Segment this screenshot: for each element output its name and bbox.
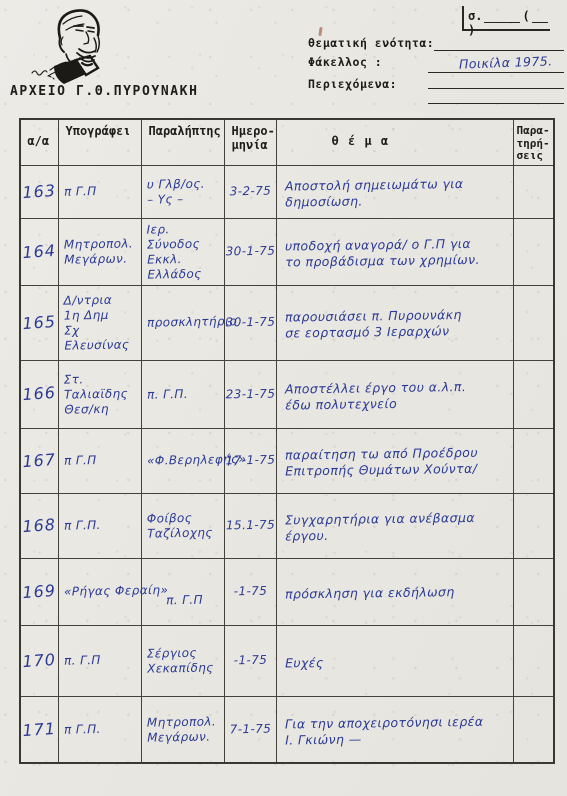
page-number-blank xyxy=(484,11,520,23)
field-contents-extra xyxy=(308,90,558,105)
table-row: 164 Μητροπολ. Μεγάρων. Ιερ. Σύνοδος Εκκλ… xyxy=(20,218,554,285)
cell-notes xyxy=(513,625,554,696)
cell-notes xyxy=(513,285,554,360)
cell-aa: 166 xyxy=(20,360,58,428)
cell-recipient: προσκλητήριο xyxy=(141,285,224,360)
cell-recipient: Φοίβος Ταζίλοχης xyxy=(141,493,224,558)
cell-signer: π Γ.Π. xyxy=(58,493,141,558)
contents-blank-2 xyxy=(428,103,564,104)
cell-subject: Για την αποχειροτόνησι ιερέα Ι. Γκιώνη — xyxy=(276,696,513,763)
cell-aa: 165 xyxy=(20,285,58,360)
cell-signer: «Ρήγας Φεραίη» xyxy=(58,558,141,625)
cell-aa: 167 xyxy=(20,428,58,493)
cell-date: 3-2-75 xyxy=(224,165,276,218)
cell-date: 30-1-75 xyxy=(224,218,276,285)
header-date: Ημερο- μηνία xyxy=(224,119,276,165)
header-notes: Παρα- τηρή- σεις xyxy=(513,119,554,165)
cell-aa: 170 xyxy=(20,625,58,696)
folder-label: Φάκελλος : xyxy=(308,55,382,69)
cell-recipient: υ Γλβ/ος. – Υς – xyxy=(141,165,224,218)
cell-date: -1-75 xyxy=(224,625,276,696)
cell-notes xyxy=(513,218,554,285)
table-row: 163 π Γ.Π υ Γλβ/ος. – Υς – 3-2-75 Αποστο… xyxy=(20,165,554,218)
cell-date: 17-1-75 xyxy=(224,428,276,493)
paren-open: ( xyxy=(522,9,529,23)
cell-subject: παραίτηση τω από Προέδρου Επιτροπής Θυμά… xyxy=(276,428,513,493)
field-folder: Φάκελλος : Ποικίλα 1975. xyxy=(308,52,558,74)
header-fields: θεματική ενότητα: Φάκελλος : Ποικίλα 197… xyxy=(308,33,558,105)
thematic-unit-label: θεματική ενότητα: xyxy=(308,36,434,50)
cell-recipient: «Φ.Βερηλεφής» xyxy=(141,428,224,493)
cell-aa: 168 xyxy=(20,493,58,558)
contents-label: Περιεχόμενα: xyxy=(308,77,397,91)
table-row: 166 Στ. Ταλιαϊδης Θεσ/κη π. Γ.Π. 23-1-75… xyxy=(20,360,554,428)
cell-subject: Ευχές xyxy=(276,625,513,696)
cell-date: -1-75 xyxy=(224,558,276,625)
table-row: 168 π Γ.Π. Φοίβος Ταζίλοχης 15.1-75 Συγχ… xyxy=(20,493,554,558)
cell-signer: Μητροπολ. Μεγάρων. xyxy=(58,218,141,285)
cell-signer: π Γ.Π. xyxy=(58,696,141,763)
table-row: 170 π. Γ.Π Σέργιος Χεκαπίδης -1-75 Ευχές xyxy=(20,625,554,696)
table-row: 169 «Ρήγας Φεραίη» π. Γ.Π -1-75 πρόσκλησ… xyxy=(20,558,554,625)
cell-aa: 163 xyxy=(20,165,58,218)
field-thematic-unit: θεματική ενότητα: xyxy=(308,33,558,52)
thematic-unit-blank xyxy=(434,50,564,51)
cell-notes xyxy=(513,696,554,763)
cell-aa: 171 xyxy=(20,696,58,763)
cell-notes xyxy=(513,165,554,218)
cell-subject: πρόσκληση για εκδήλωση xyxy=(276,558,513,625)
header-subject: θ έ μ α xyxy=(276,119,513,165)
contents-blank xyxy=(428,88,564,89)
table-row: 171 π Γ.Π. Μητροπολ. Μεγάρων. 7-1-75 Για… xyxy=(20,696,554,763)
cell-subject: υποδοχή αναγορά/ ο Γ.Π για το προβάδισμα… xyxy=(276,218,513,285)
cell-date: 7-1-75 xyxy=(224,696,276,763)
cell-aa: 164 xyxy=(20,218,58,285)
header-signer: Υπογράφει xyxy=(58,119,141,165)
archive-title: ΑΡΧΕΙΟ Γ.Θ.ΠΥΡΟΥΝΑΚΗ xyxy=(10,84,199,99)
cell-signer: Στ. Ταλιαϊδης Θεσ/κη xyxy=(58,360,141,428)
cell-date: 15.1-75 xyxy=(224,493,276,558)
cell-subject: παρουσιάσει π. Πυρουνάκη σε εορτασμό 3 Ι… xyxy=(276,285,513,360)
header-aa: α/α xyxy=(20,119,58,165)
cell-signer: Δ/ντρια 1η Δημ Σχ Ελευσίνας xyxy=(58,285,141,360)
cell-signer: π Γ.Π xyxy=(58,428,141,493)
folder-line xyxy=(428,72,564,73)
cell-notes xyxy=(513,558,554,625)
cell-subject: Συγχαρητήρια για ανέβασμα έργου. xyxy=(276,493,513,558)
cell-recipient: π. Γ.Π. xyxy=(141,360,224,428)
cell-recipient: π. Γ.Π xyxy=(141,558,224,625)
cell-notes xyxy=(513,493,554,558)
field-contents: Περιεχόμενα: xyxy=(308,74,558,90)
cell-date: 23-1-75 xyxy=(224,360,276,428)
cell-signer: π. Γ.Π xyxy=(58,625,141,696)
cell-aa: 169 xyxy=(20,558,58,625)
cell-notes xyxy=(513,428,554,493)
cell-notes xyxy=(513,360,554,428)
table-header-row: α/α Υπογράφει Παραλήπτης Ημερο- μηνία θ … xyxy=(20,119,554,165)
page-number-box: σ.() xyxy=(462,6,550,31)
cell-recipient: Σέργιος Χεκαπίδης xyxy=(141,625,224,696)
page-count-blank xyxy=(532,11,548,23)
cell-recipient: Ιερ. Σύνοδος Εκκλ. Ελλάδος xyxy=(141,218,224,285)
page-number-label: σ. xyxy=(468,9,482,23)
cell-subject: Αποστολή σημειωμάτω για δημοσίωση. xyxy=(276,165,513,218)
cell-recipient: Μητροπολ. Μεγάρων. xyxy=(141,696,224,763)
portrait-sketch-icon xyxy=(24,4,128,86)
cell-signer: π Γ.Π xyxy=(58,165,141,218)
register-table: α/α Υπογράφει Παραλήπτης Ημερο- μηνία θ … xyxy=(19,118,555,764)
folder-value: Ποικίλα 1975. xyxy=(458,54,552,73)
table-row: 165 Δ/ντρια 1η Δημ Σχ Ελευσίνας προσκλητ… xyxy=(20,285,554,360)
cell-date: 30-1-75 xyxy=(224,285,276,360)
header-recipient: Παραλήπτης xyxy=(141,119,224,165)
cell-subject: Αποστέλλει έργο του α.λ.π. έδω πολυτεχνε… xyxy=(276,360,513,428)
table-row: 167 π Γ.Π «Φ.Βερηλεφής» 17-1-75 παραίτησ… xyxy=(20,428,554,493)
